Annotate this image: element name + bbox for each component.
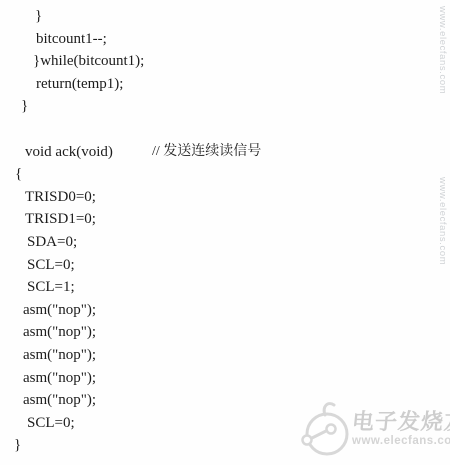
code-line: } bbox=[0, 5, 450, 28]
code-line-text: SCL=0; bbox=[0, 254, 75, 277]
code-line-text: asm("nop"); bbox=[0, 321, 96, 344]
elecfans-logo-url: www.elecfans.com bbox=[352, 434, 450, 448]
code-line-text: SCL=0; bbox=[0, 412, 75, 435]
code-line-text: SCL=1; bbox=[0, 276, 75, 299]
watermark-vertical-top: www.elecfans.com bbox=[437, 6, 448, 94]
code-line: { bbox=[0, 163, 450, 186]
watermark-vertical-middle: www.elecfans.com bbox=[437, 177, 448, 265]
code-line: return(temp1); bbox=[0, 73, 450, 96]
code-line: TRISD1=0; bbox=[0, 208, 450, 231]
code-line: bitcount1--; bbox=[0, 28, 450, 51]
code-line-text: void ack(void) bbox=[0, 141, 113, 164]
code-line: TRISD0=0; bbox=[0, 186, 450, 209]
code-line-text: asm("nop"); bbox=[0, 344, 96, 367]
code-line: SCL=0; bbox=[0, 254, 450, 277]
code-line: void ack(void)// 发送连续读信号 bbox=[0, 141, 450, 164]
code-line bbox=[0, 118, 450, 141]
code-block: }bitcount1--;}while(bitcount1);return(te… bbox=[0, 5, 450, 457]
code-line-text: SDA=0; bbox=[0, 231, 77, 254]
elecfans-logo-text-column: 电子发烧友 www.elecfans.com bbox=[350, 410, 450, 448]
elecfans-logo: 电子发烧友 www.elecfans.com bbox=[300, 397, 448, 461]
code-line: SCL=1; bbox=[0, 276, 450, 299]
code-line: asm("nop"); bbox=[0, 344, 450, 367]
code-line-text: }while(bitcount1); bbox=[0, 50, 144, 73]
code-line-text: TRISD1=0; bbox=[0, 208, 96, 231]
code-line-text: { bbox=[0, 163, 22, 186]
circuit-node-circle-icon bbox=[300, 398, 350, 460]
code-line: }while(bitcount1); bbox=[0, 50, 450, 73]
code-line: asm("nop"); bbox=[0, 321, 450, 344]
code-line-text: asm("nop"); bbox=[0, 389, 96, 412]
code-line-text: } bbox=[0, 5, 42, 28]
code-line-text: } bbox=[0, 434, 21, 457]
elecfans-logo-title: 电子发烧友 bbox=[351, 410, 450, 434]
code-line: } bbox=[0, 95, 450, 118]
code-document: }bitcount1--;}while(bitcount1);return(te… bbox=[0, 0, 450, 465]
code-line-text: } bbox=[0, 95, 28, 118]
code-line-text: return(temp1); bbox=[0, 73, 123, 96]
code-line: asm("nop"); bbox=[0, 367, 450, 390]
code-line-text: bitcount1--; bbox=[0, 28, 107, 51]
code-line-text: asm("nop"); bbox=[0, 367, 96, 390]
code-line: asm("nop"); bbox=[0, 299, 450, 322]
code-line-comment: // 发送连续读信号 bbox=[152, 141, 261, 164]
code-line: SDA=0; bbox=[0, 231, 450, 254]
code-line-text: asm("nop"); bbox=[0, 299, 96, 322]
code-line-text: TRISD0=0; bbox=[0, 186, 96, 209]
